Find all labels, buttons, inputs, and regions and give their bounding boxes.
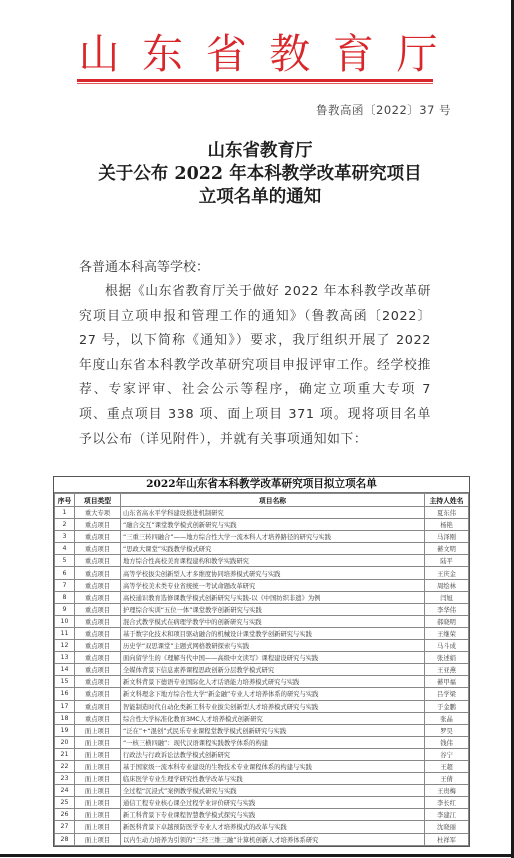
cell-host: 李华伟	[425, 603, 469, 615]
cell-name: 基于国家级一流本科专业建设的生物技术专业课程体系的构建与实践	[121, 760, 425, 772]
cell-type: 重点项目	[75, 652, 121, 664]
table-row: 25面上项目通信工程专业核心课全过程学业评价研究与实践李长红	[55, 797, 469, 809]
table-row: 26面上项目新工科背景下专业课程智慧教学模式探究与实践李建江	[55, 809, 469, 821]
cell-host: 罗昊	[425, 724, 469, 736]
cell-no: 10	[55, 615, 75, 627]
notice-title: 山东省教育厅 关于公布 2022 年本科教学改革研究项目 立项名单的通知	[60, 140, 460, 209]
document-number: 鲁教高函〔2022〕37 号	[316, 102, 451, 118]
table-row: 19面上项目“泛在”+“混创”式民乐专业课程堂教学模式创新研究与实践罗昊	[55, 724, 469, 736]
cell-type: 重点项目	[75, 676, 121, 688]
cell-name: “思政大课堂”实践教学模式研究	[121, 543, 425, 555]
cell-type: 重点项目	[75, 579, 121, 591]
table-row: 17重点项目智能制造时代自动化类新工科专业拔尖创新型人才培养模式研究与实践于金鹏	[55, 700, 469, 712]
table-row: 11重点项目基于数字化技术和项目驱动融合的机械设计课堂教学创新研究与实践王继荣	[55, 627, 469, 639]
cell-type: 重点项目	[75, 615, 121, 627]
cell-no: 23	[55, 773, 75, 785]
cell-type: 重点项目	[75, 567, 121, 579]
cell-host: 沈晓丽	[425, 821, 469, 833]
table-body: 1重大专项山东省高水平学科建设推进机制研究夏东伟2重点项目“融合交互”课堂教学模…	[55, 507, 469, 846]
cell-name: 新文科背景下德语专业国际化人才话语能力培养模式研究与实践	[121, 676, 425, 688]
cell-name: 智能制造时代自动化类新工科专业拔尖创新型人才培养模式研究与实践	[121, 700, 425, 712]
cell-no: 13	[55, 652, 75, 664]
cell-host: 张述娟	[425, 652, 469, 664]
table-row: 20面上项目“一核三横四融”：现代汉语课程实践教学体系的构建钱伟	[55, 736, 469, 748]
cell-host: 王倩	[425, 773, 469, 785]
header-type: 项目类型	[75, 494, 121, 507]
cell-host: 杜祥军	[425, 833, 469, 845]
cell-name: 新文科理念下地方综合性大学“新金融”专业人才培养体系的研究与实践	[121, 688, 425, 700]
page-frame-bottom-border	[0, 854, 514, 857]
table-row: 24面上项目全过程“沉浸式”案例教学模式研究与实践王贵梅	[55, 785, 469, 797]
cell-host: 綦甲福	[425, 676, 469, 688]
table-row: 22面上项目基于国家级一流本科专业建设的生物技术专业课程体系的构建与实践王超	[55, 760, 469, 772]
table-row: 18重点项目综合性大学标准化教育3MC人才培养模式创新研究张晶	[55, 712, 469, 724]
table-row: 2重点项目“融合交互”课堂教学模式创新研究与实践杨艳	[55, 519, 469, 531]
cell-type: 面上项目	[75, 797, 121, 809]
cell-type: 重点项目	[75, 664, 121, 676]
body-paragraph: 根据《山东省教育厅关于做好 2022 年本科教学改革研究项目立项申报和管理工作的…	[79, 280, 431, 452]
cell-type: 重点项目	[75, 688, 121, 700]
cell-host: 马泽刚	[425, 531, 469, 543]
cell-no: 20	[55, 736, 75, 748]
cell-type: 面上项目	[75, 833, 121, 845]
table-row: 21面上项目行政法与行政诉讼法教学模式创新研究谷宁	[55, 748, 469, 760]
cell-host: 钱伟	[425, 736, 469, 748]
header-host: 主持人姓名	[425, 494, 469, 507]
salutation: 各普通本科高等学校：	[79, 256, 209, 275]
table-row: 1重大专项山东省高水平学科建设推进机制研究夏东伟	[55, 507, 469, 519]
cell-no: 11	[55, 627, 75, 639]
table-row: 9重点项目护理综合实训“五位一体”课堂教学创新研究与实践李华伟	[55, 603, 469, 615]
letterhead-title: 山 东 省 教 育 厅	[78, 33, 438, 75]
table-row: 6重点项目高等学校拔尖创新型人才多维度协同培养模式研究与实践王庆金	[55, 567, 469, 579]
cell-name: 地方综合性高校美育课程建构和教学实践研究	[121, 555, 425, 567]
cell-type: 面上项目	[75, 785, 121, 797]
cell-host: 夏东伟	[425, 507, 469, 519]
cell-no: 12	[55, 640, 75, 652]
table-row: 7重点项目高等学校美术类专业省统统一考试命题改革研究周绘林	[55, 579, 469, 591]
cell-name: 混合式教学模式在病理学教学中的创新研究与实践	[121, 615, 425, 627]
cell-type: 重点项目	[75, 603, 121, 615]
cell-name: “三重三转四融合”——地方综合性大学一流本科人才培养路径的研究与实践	[121, 531, 425, 543]
cell-host: 李建江	[425, 809, 469, 821]
cell-type: 重点项目	[75, 712, 121, 724]
notice-title-line: 立项名单的通知	[60, 186, 460, 209]
cell-no: 7	[55, 579, 75, 591]
table-row: 15重点项目新文科背景下德语专业国际化人才话语能力培养模式研究与实践綦甲福	[55, 676, 469, 688]
cell-no: 22	[55, 760, 75, 772]
cell-type: 面上项目	[75, 773, 121, 785]
cell-name: “泛在”+“混创”式民乐专业课程堂教学模式创新研究与实践	[121, 724, 425, 736]
cell-type: 重点项目	[75, 519, 121, 531]
cell-no: 8	[55, 591, 75, 603]
table-row: 16重点项目新文科理念下地方综合性大学“新金融”专业人才培养体系的研究与实践吕学…	[55, 688, 469, 700]
table-title: 2022年山东省本科教学改革研究项目拟立项名单	[54, 477, 469, 493]
cell-name: 高校通识教育选修课教学模式创新研究与实践-以《中国纺织非遗》为例	[121, 591, 425, 603]
letterhead-red-rule	[77, 79, 433, 82]
cell-name: 高等学校拔尖创新型人才多维度协同培养模式研究与实践	[121, 567, 425, 579]
cell-no: 19	[55, 724, 75, 736]
cell-name: 全过程“沉浸式”案例教学模式研究与实践	[121, 785, 425, 797]
cell-type: 重大专项	[75, 507, 121, 519]
cell-host: 王贵梅	[425, 785, 469, 797]
notice-title-line: 关于公布 2022 年本科教学改革研究项目	[60, 163, 460, 186]
notice-title-line: 山东省教育厅	[60, 140, 460, 163]
cell-name: 基于数字化技术和项目驱动融合的机械设计课堂教学创新研究与实践	[121, 627, 425, 639]
cell-host: 郝晓明	[425, 615, 469, 627]
cell-name: 全媒体背景下信息素养课程思政创新分层教学模式研究	[121, 664, 425, 676]
cell-host: 闫旭	[425, 591, 469, 603]
letterhead-char: 东	[142, 33, 184, 75]
cell-host: 王亚燕	[425, 664, 469, 676]
cell-type: 重点项目	[75, 555, 121, 567]
cell-type: 面上项目	[75, 736, 121, 748]
project-table: 序号 项目类型 项目名称 主持人姓名 1重大专项山东省高水平学科建设推进机制研究…	[54, 493, 469, 846]
cell-no: 16	[55, 688, 75, 700]
table-row: 23面上项目临床医学专业生理学研究性教学改革与实践王倩	[55, 773, 469, 785]
letterhead-char: 省	[205, 33, 247, 75]
cell-name: 以内生动力培养为引领的“三经三维三融”计算机创新人才培养体系研究	[121, 833, 425, 845]
table-header-row: 序号 项目类型 项目名称 主持人姓名	[55, 494, 469, 507]
cell-host: 张晶	[425, 712, 469, 724]
cell-name: “一核三横四融”：现代汉语课程实践教学体系的构建	[121, 736, 425, 748]
cell-name: 新医科背景下卓越预防医学专业人才培养模式的改革与实践	[121, 821, 425, 833]
cell-host: 马斗成	[425, 640, 469, 652]
table-row: 13重点项目面向留学生的《理解当代中国——高级中文读写》课程建设研究与实践张述娟	[55, 652, 469, 664]
cell-name: 护理综合实训“五位一体”课堂教学创新研究与实践	[121, 603, 425, 615]
table-row: 27面上项目新医科背景下卓越预防医学专业人才培养模式的改革与实践沈晓丽	[55, 821, 469, 833]
cell-host: 于金鹏	[425, 700, 469, 712]
table-row: 28面上项目以内生动力培养为引领的“三经三维三融”计算机创新人才培养体系研究杜祥…	[55, 833, 469, 845]
cell-host: 綦文明	[425, 543, 469, 555]
body-text: 根据《山东省教育厅关于做好 2022 年本科教学改革研究项目立项申报和管理工作的…	[79, 284, 431, 447]
cell-host: 李长红	[425, 797, 469, 809]
cell-no: 5	[55, 555, 75, 567]
cell-name: 临床医学专业生理学研究性教学改革与实践	[121, 773, 425, 785]
cell-type: 面上项目	[75, 821, 121, 833]
cell-type: 重点项目	[75, 531, 121, 543]
cell-no: 2	[55, 519, 75, 531]
table-row: 3重点项目“三重三转四融合”——地方综合性大学一流本科人才培养路径的研究与实践马…	[55, 531, 469, 543]
cell-no: 9	[55, 603, 75, 615]
letterhead-char: 教	[269, 33, 311, 75]
cell-no: 18	[55, 712, 75, 724]
cell-type: 面上项目	[75, 724, 121, 736]
cell-no: 21	[55, 748, 75, 760]
cell-type: 面上项目	[75, 748, 121, 760]
letterhead-char: 山	[78, 33, 120, 75]
cell-name: 新工科背景下专业课程智慧教学模式探究与实践	[121, 809, 425, 821]
cell-name: 通信工程专业核心课全过程学业评价研究与实践	[121, 797, 425, 809]
project-list-table: 2022年山东省本科教学改革研究项目拟立项名单 序号 项目类型 项目名称 主持人…	[53, 476, 470, 847]
table-row: 4重点项目“思政大课堂”实践教学模式研究綦文明	[55, 543, 469, 555]
cell-name: 山东省高水平学科建设推进机制研究	[121, 507, 425, 519]
cell-name: 综合性大学标准化教育3MC人才培养模式创新研究	[121, 712, 425, 724]
cell-host: 谷宁	[425, 748, 469, 760]
cell-type: 重点项目	[75, 700, 121, 712]
letterhead-char: 育	[332, 33, 374, 75]
cell-host: 吕学梁	[425, 688, 469, 700]
cell-type: 面上项目	[75, 809, 121, 821]
cell-no: 28	[55, 833, 75, 845]
cell-no: 15	[55, 676, 75, 688]
cell-no: 4	[55, 543, 75, 555]
cell-type: 重点项目	[75, 591, 121, 603]
cell-name: 历史学“双思课堂”主题式网格教研探索与实践	[121, 640, 425, 652]
cell-type: 面上项目	[75, 760, 121, 772]
cell-host: 王庆金	[425, 567, 469, 579]
cell-no: 1	[55, 507, 75, 519]
letterhead-red-rule-thin	[77, 83, 433, 84]
table-row: 8重点项目高校通识教育选修课教学模式创新研究与实践-以《中国纺织非遗》为例闫旭	[55, 591, 469, 603]
cell-no: 3	[55, 531, 75, 543]
cell-type: 重点项目	[75, 543, 121, 555]
cell-name: 行政法与行政诉讼法教学模式创新研究	[121, 748, 425, 760]
table-row: 5重点项目地方综合性高校美育课程建构和教学实践研究陆平	[55, 555, 469, 567]
cell-no: 26	[55, 809, 75, 821]
cell-type: 重点项目	[75, 640, 121, 652]
cell-no: 14	[55, 664, 75, 676]
cell-name: “融合交互”课堂教学模式创新研究与实践	[121, 519, 425, 531]
header-no: 序号	[55, 494, 75, 507]
cell-host: 杨艳	[425, 519, 469, 531]
cell-no: 24	[55, 785, 75, 797]
cell-host: 王继荣	[425, 627, 469, 639]
cell-no: 27	[55, 821, 75, 833]
cell-host: 陆平	[425, 555, 469, 567]
cell-host: 王超	[425, 760, 469, 772]
cell-host: 周绘林	[425, 579, 469, 591]
cell-no: 25	[55, 797, 75, 809]
cell-no: 6	[55, 567, 75, 579]
header-name: 项目名称	[121, 494, 425, 507]
cell-type: 重点项目	[75, 627, 121, 639]
letterhead-char: 厅	[396, 33, 438, 75]
cell-name: 高等学校美术类专业省统统一考试命题改革研究	[121, 579, 425, 591]
table-row: 12重点项目历史学“双思课堂”主题式网格教研探索与实践马斗成	[55, 640, 469, 652]
cell-no: 17	[55, 700, 75, 712]
table-row: 14重点项目全媒体背景下信息素养课程思政创新分层教学模式研究王亚燕	[55, 664, 469, 676]
table-row: 10重点项目混合式教学模式在病理学教学中的创新研究与实践郝晓明	[55, 615, 469, 627]
cell-name: 面向留学生的《理解当代中国——高级中文读写》课程建设研究与实践	[121, 652, 425, 664]
